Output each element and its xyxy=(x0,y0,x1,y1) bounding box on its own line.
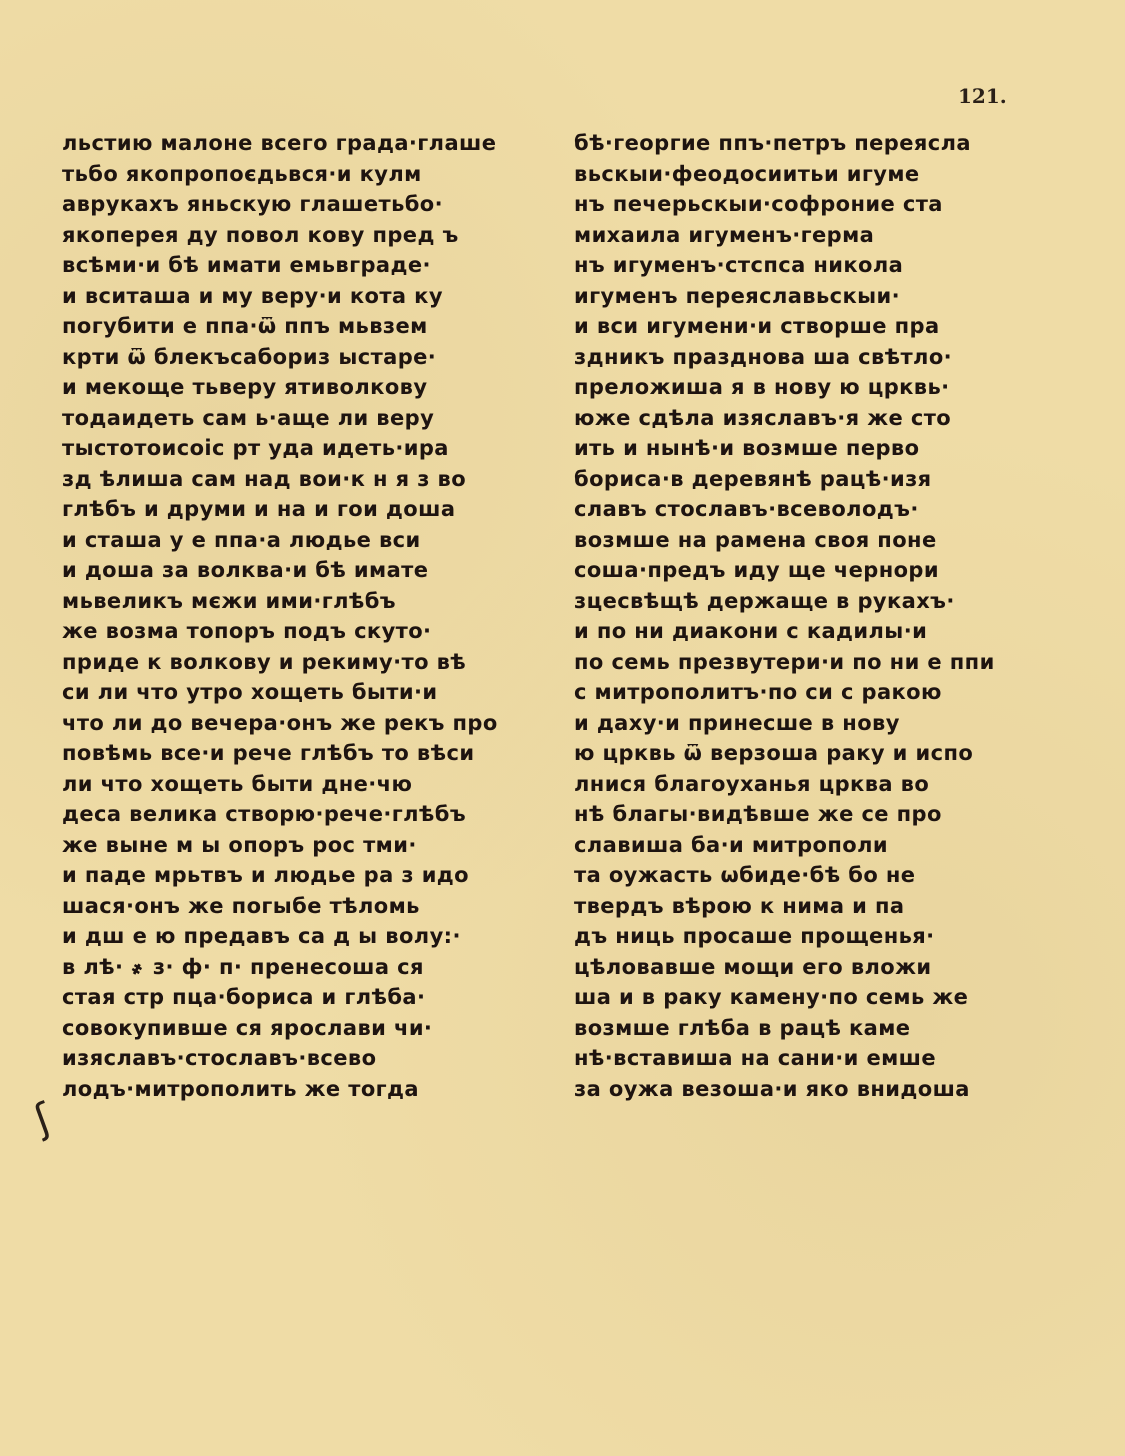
text-line: нъ печерьскыи·софроние ста xyxy=(574,189,1054,220)
text-line: возмше на рамена своя поне xyxy=(574,525,1054,556)
text-line: же возма топоръ подъ скуто· xyxy=(62,616,542,647)
text-line: аврукахъ яньскую глашетьбо· xyxy=(62,189,542,220)
text-line: тодаидеть сам ь·аще ли веру xyxy=(62,403,542,434)
text-line: дъ ниць просаше прощенья· xyxy=(574,921,1054,952)
text-line: льстию малоне всего града·глаше xyxy=(62,128,542,159)
text-line: зд ѣлиша сам над вои·к н я з во xyxy=(62,464,542,495)
text-line: ли что хощеть быти дне·чю xyxy=(62,769,542,800)
text-line: славъ стославъ·всеволодъ· xyxy=(574,494,1054,525)
text-line: си ли что утро хощеть быти·и xyxy=(62,677,542,708)
text-line: и даху·и принесше в нову xyxy=(574,708,1054,739)
text-line: здникъ празднова ша свѣтло· xyxy=(574,342,1054,373)
text-line: крти ѿ блекъсабориз ыстаре· xyxy=(62,342,542,373)
text-line: повѣмь все·и рече глѣбъ то вѣси xyxy=(62,738,542,769)
text-line: в лѣ· ҂ з· ф· п· Пренесоша ся xyxy=(62,952,542,983)
margin-flourish-mark: ʃ xyxy=(29,1095,57,1143)
text-line: совокупивше ся ярослави чи· xyxy=(62,1013,542,1044)
text-line: лнися благоуханья црква во xyxy=(574,769,1054,800)
right-text-column: бѣ·георгие ппъ·петръ переясла вьскыи·фео… xyxy=(574,128,1054,1104)
text-line: приде к волкову и рекиму·то вѣ xyxy=(62,647,542,678)
text-line: изяславъ·стославъ·всево xyxy=(62,1043,542,1074)
text-line: тыстотоисоіс рт уда идеть·ира xyxy=(62,433,542,464)
text-line: возмше глѣба в рацѣ каме xyxy=(574,1013,1054,1044)
text-line: и доша за волква·и бѣ имате xyxy=(62,555,542,586)
text-line: ить и нынѣ·и возмше перво xyxy=(574,433,1054,464)
text-line: игуменъ переяславьскыи· xyxy=(574,281,1054,312)
left-text-column: льстию малоне всего града·глаше тьбо яко… xyxy=(62,128,542,1104)
text-line: погубити е ппа·ѿ ппъ мьвзем xyxy=(62,311,542,342)
text-line: цѣловавше мощи его вложи xyxy=(574,952,1054,983)
text-line: и по ни диакони с кадилы·и xyxy=(574,616,1054,647)
text-line: михаила игуменъ·герма xyxy=(574,220,1054,251)
text-line: и дш е ю предавъ са д ы волу:· xyxy=(62,921,542,952)
text-line: и вситаша и му веру·и кота ку xyxy=(62,281,542,312)
text-line: же выне м ы опоръ рос тми· xyxy=(62,830,542,861)
text-line: и паде мрьтвъ и людье ра з идо xyxy=(62,860,542,891)
text-line: нѣ·вставиша на сани·и емше xyxy=(574,1043,1054,1074)
text-line: юже сдѣла изяславъ·я же сто xyxy=(574,403,1054,434)
text-line: и сташа у е ппа·а людье вси xyxy=(62,525,542,556)
text-line: лодъ·митрополить же тогда xyxy=(62,1074,542,1105)
text-line: и мекоще тьверу ятиволкову xyxy=(62,372,542,403)
text-line: тьбо якопропоєдьвся·и кулм xyxy=(62,159,542,190)
text-line: соша·предъ иду ще чернори xyxy=(574,555,1054,586)
text-line: по семь презвутери·и по ни е ппи xyxy=(574,647,1054,678)
text-line: шася·онъ же погыбе тѣломь xyxy=(62,891,542,922)
text-line: глѣбъ и друми и на и гои доша xyxy=(62,494,542,525)
text-line: бориса·в деревянѣ рацѣ·изя xyxy=(574,464,1054,495)
text-line: мьвеликъ мєжи ими·глѣбъ xyxy=(62,586,542,617)
text-line: ю црквь ѿ верзоша раку и испо xyxy=(574,738,1054,769)
text-line: вьскыи·феодосиитьи игуме xyxy=(574,159,1054,190)
text-line: что ли до вечера·онъ же рекъ про xyxy=(62,708,542,739)
text-line: нѣ благы·видѣвше же се про xyxy=(574,799,1054,830)
text-line: всѣми·и бѣ имати емьвграде· xyxy=(62,250,542,281)
text-line: славиша ба·и митрополи xyxy=(574,830,1054,861)
text-line: стая стр пца·бориса и глѣба· xyxy=(62,982,542,1013)
page-number: 121. xyxy=(958,84,1007,108)
text-line: твердъ вѣрою к нима и па xyxy=(574,891,1054,922)
text-line: деса велика створю·рече·глѣбъ xyxy=(62,799,542,830)
text-line: ша и в раку камену·по семь же xyxy=(574,982,1054,1013)
text-line: нъ игуменъ·стспса никола xyxy=(574,250,1054,281)
text-line: якоперея ду повол кову пред ъ xyxy=(62,220,542,251)
text-line: зцесвѣщѣ держаще в рукахъ· xyxy=(574,586,1054,617)
text-line: и вси игумени·и створше пра xyxy=(574,311,1054,342)
text-line: за оужа везоша·и яко внидоша xyxy=(574,1074,1054,1105)
text-line: бѣ·георгие ппъ·петръ переясла xyxy=(574,128,1054,159)
text-line: преложиша я в нову ю црквь· xyxy=(574,372,1054,403)
text-line: с митрополитъ·по си с ракою xyxy=(574,677,1054,708)
text-line: та оужасть ѡбиде·бѣ бо не xyxy=(574,860,1054,891)
